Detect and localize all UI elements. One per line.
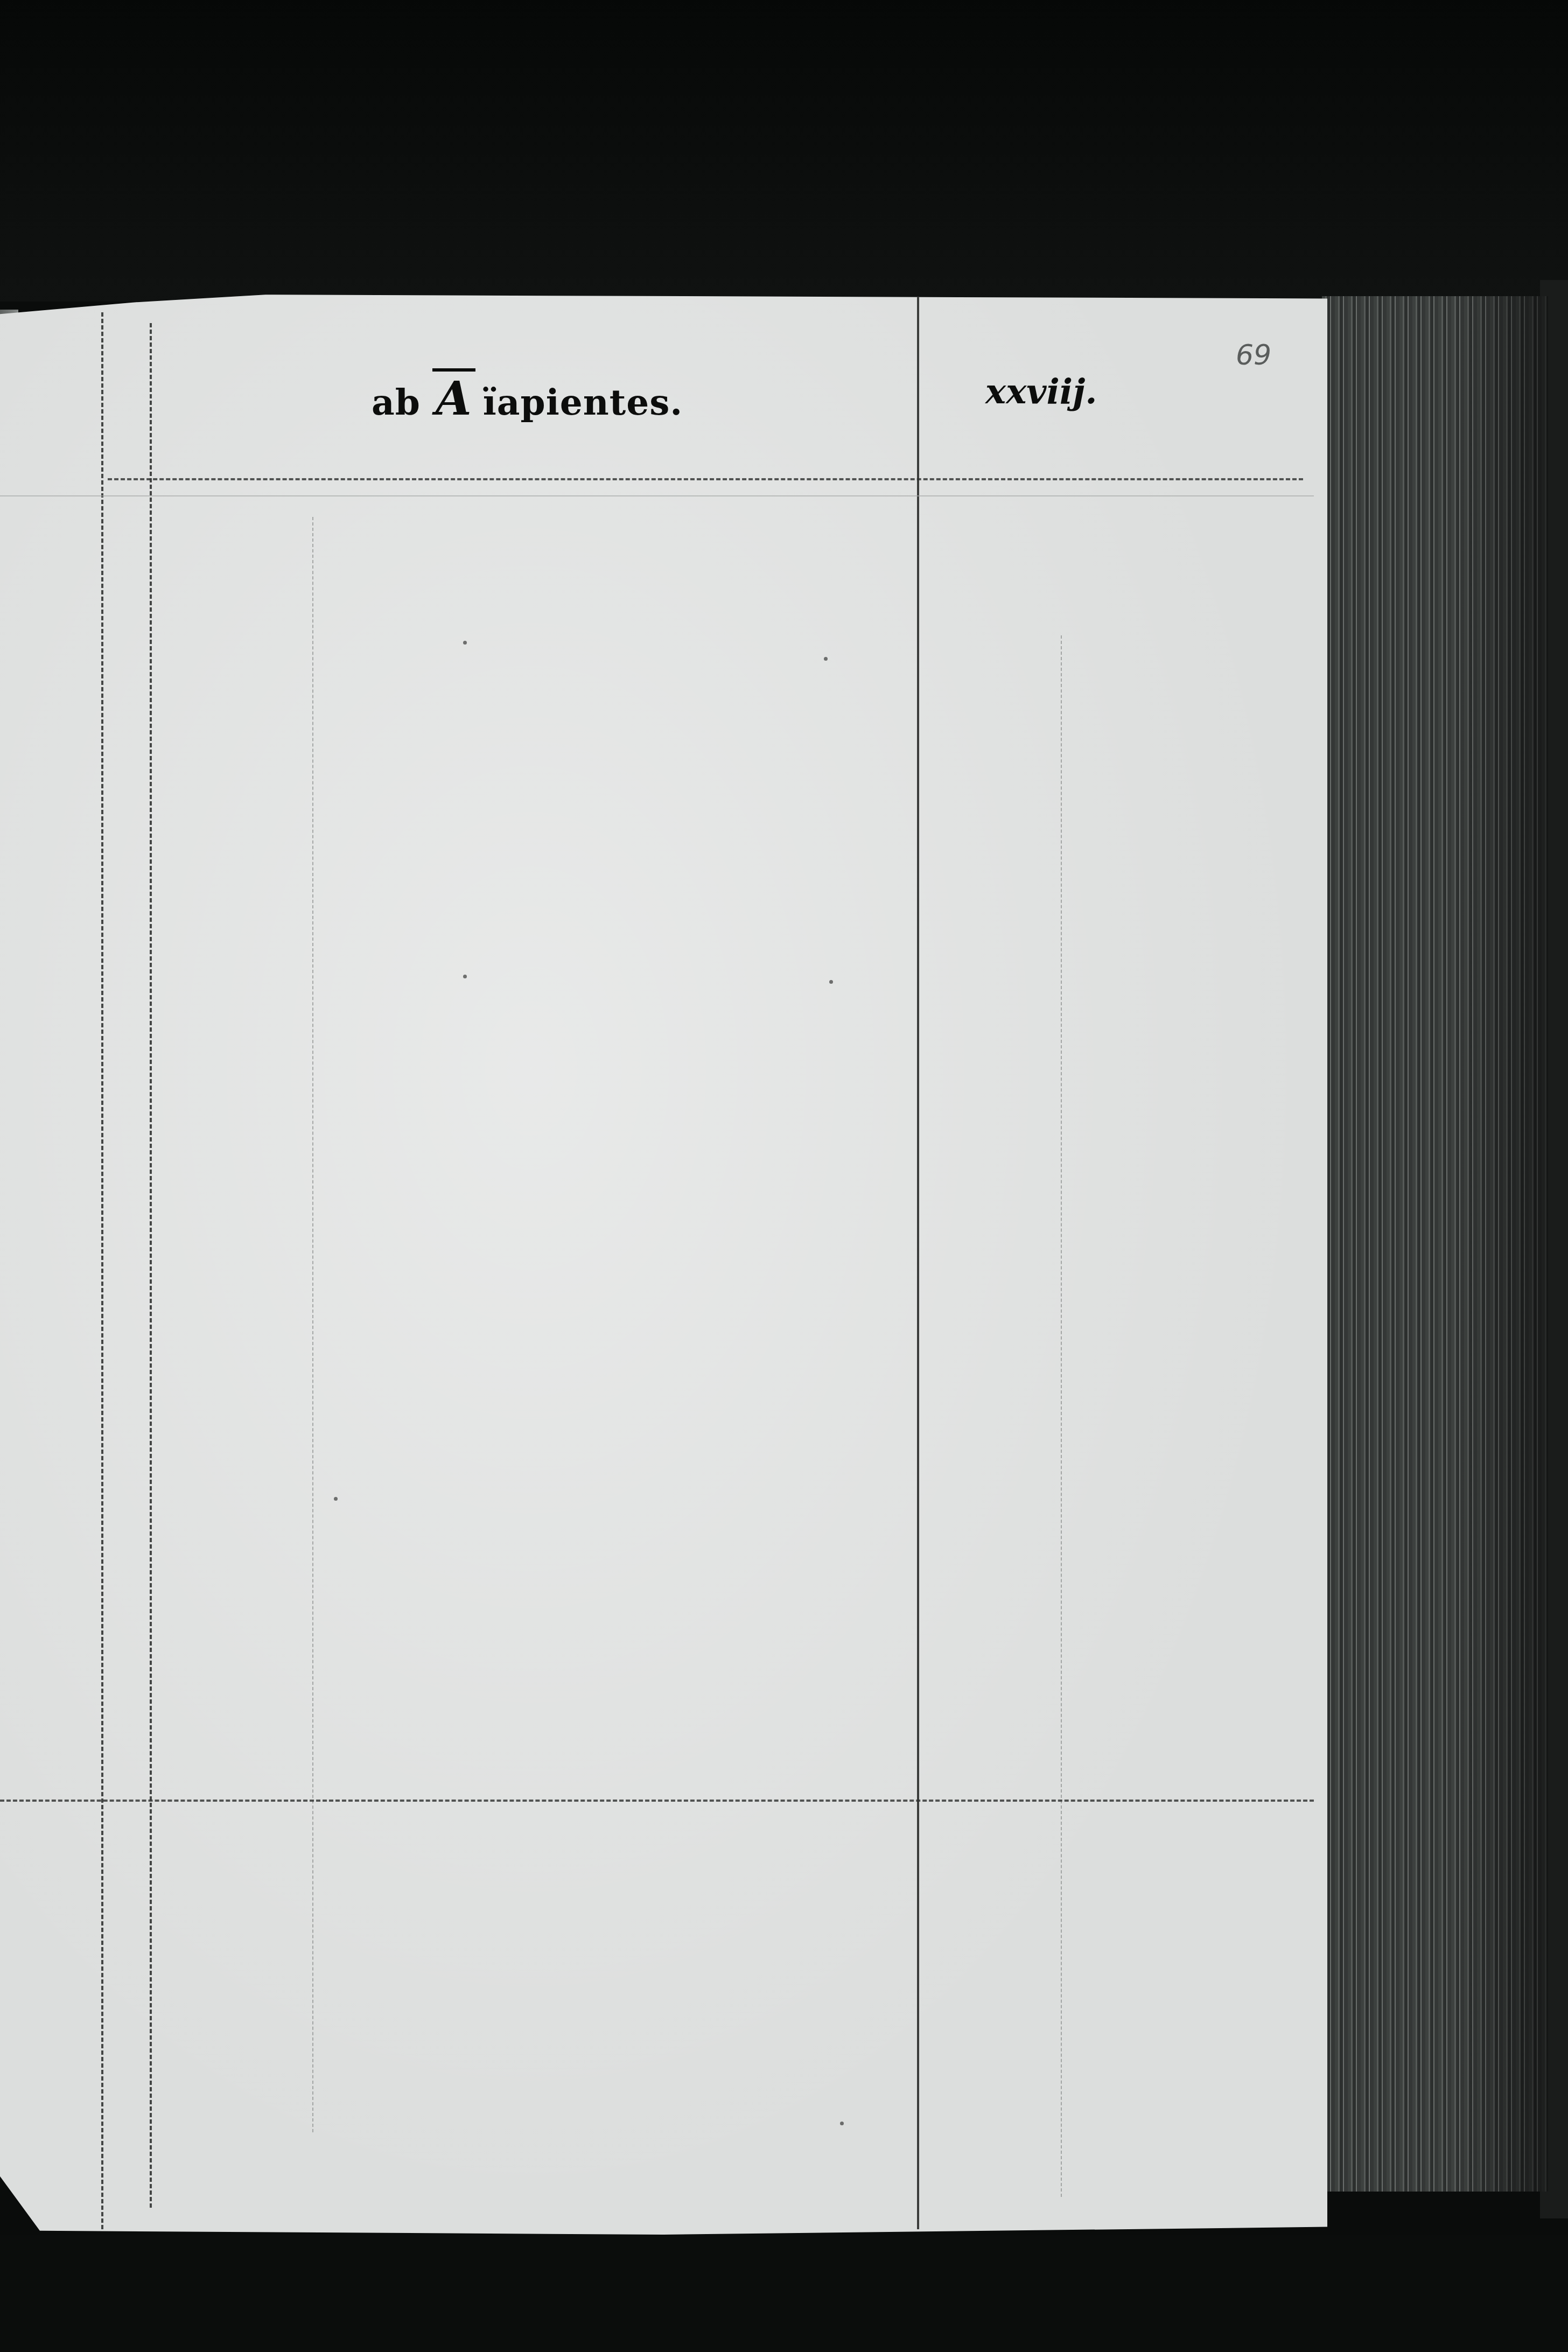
book-page: abAïapientes. xxviij. 69: [0, 291, 1327, 2235]
dark-background-top: [0, 0, 1568, 302]
paper-speck: [824, 657, 828, 661]
decorated-initial: A: [432, 368, 475, 426]
paper-speck: [840, 2122, 844, 2125]
ruling-line-faint-header: [0, 495, 1314, 496]
pencil-page-number: 69: [1236, 339, 1271, 372]
running-head: abAïapientes.: [372, 372, 683, 426]
ruling-line-faint-left: [312, 517, 313, 2132]
book-fore-edge: [1322, 296, 1548, 2192]
ruling-line-faint-right: [1061, 635, 1062, 2197]
running-head-word: ïapientes.: [483, 381, 683, 423]
paper-speck: [463, 641, 467, 645]
paper-speck: [463, 975, 467, 978]
ruling-line-outer-left: [101, 312, 103, 2229]
paper-speck: [829, 980, 833, 984]
ruling-line-lower: [0, 1800, 1314, 1802]
ruling-line-column-divider: [917, 291, 919, 2229]
folio-number: xxviij.: [985, 372, 1097, 412]
ruling-line-inner-left: [150, 323, 152, 2208]
paper-speck: [334, 1497, 338, 1501]
ruling-line-header: [108, 478, 1303, 480]
dark-background-bottom: [0, 2235, 1568, 2352]
running-head-prefix: ab: [372, 381, 421, 423]
